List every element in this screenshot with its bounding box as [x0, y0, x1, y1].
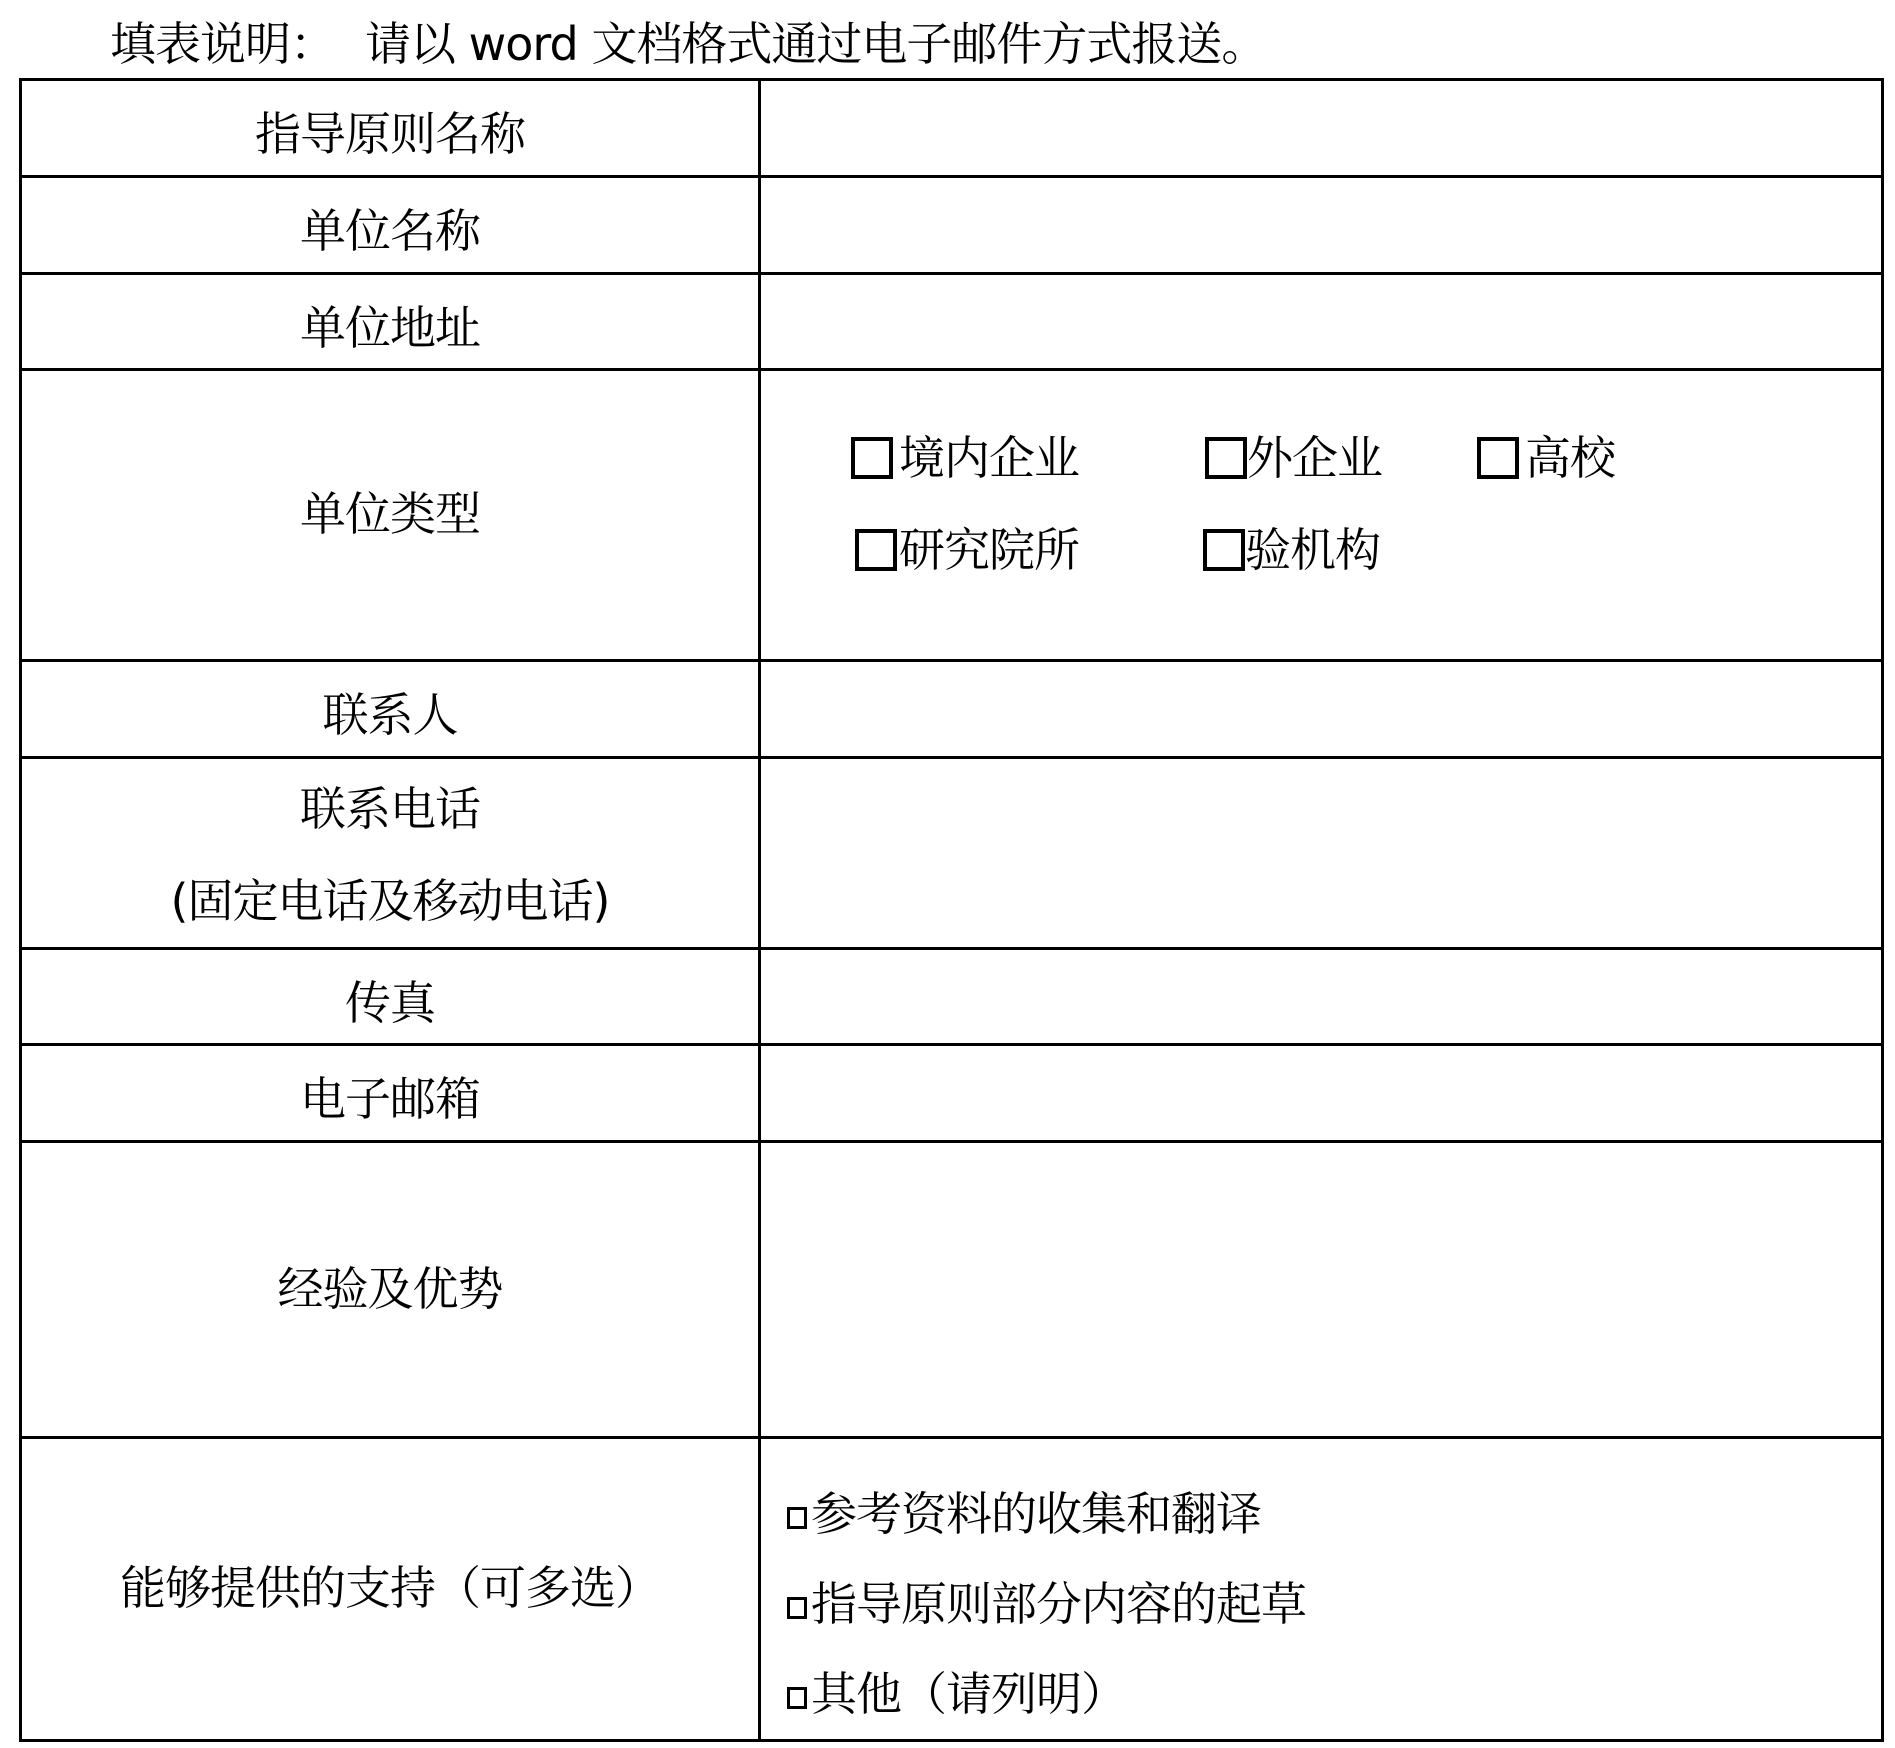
label-text: 单位地址: [22, 287, 758, 356]
form-row-experience: 经验及优势: [21, 1142, 1883, 1438]
label-unit-address: 单位地址: [21, 274, 760, 370]
label-support: 能够提供的支持（可多选）: [21, 1438, 760, 1741]
label-fax: 传真: [21, 949, 760, 1045]
instruction-prefix: 填表说明：: [110, 17, 335, 71]
label-text: 联系人: [22, 674, 758, 743]
checkbox-icon[interactable]: [787, 1507, 807, 1529]
label-email: 电子邮箱: [21, 1045, 760, 1142]
form-row-fax: 传真: [21, 949, 1883, 1045]
checkbox-icon[interactable]: [787, 1687, 807, 1709]
checkbox-icon[interactable]: [1205, 437, 1247, 479]
fill-instruction: 填表说明：请以 word 文档格式通过电子邮件方式报送。: [110, 12, 1266, 76]
checkbox-icon[interactable]: [1203, 529, 1245, 571]
form-row-contact-phone: 联系电话 (固定电话及移动电话): [21, 758, 1883, 949]
option-foreign-enterprise[interactable]: 外企业: [1205, 435, 1382, 481]
input-unit-name[interactable]: [760, 177, 1883, 274]
form-row-unit-type: 单位类型 境内企业 外企业 高校: [21, 370, 1883, 661]
label-unit-name: 单位名称: [21, 177, 760, 274]
label-experience: 经验及优势: [21, 1142, 760, 1438]
checkbox-icon[interactable]: [855, 529, 897, 571]
label-text: 指导原则名称: [22, 93, 758, 162]
label-contact-person: 联系人: [21, 661, 760, 758]
form-row-email: 电子邮箱: [21, 1045, 1883, 1142]
label-unit-type: 单位类型: [21, 370, 760, 661]
label-text: 联系电话: [22, 763, 758, 855]
option-label: 其他（请列明）: [811, 1671, 1126, 1717]
checkbox-icon[interactable]: [787, 1597, 807, 1619]
form-row-support: 能够提供的支持（可多选） 参考资料的收集和翻译 指导原则部分内容的起草 其他（请…: [21, 1438, 1883, 1741]
option-testing-institution[interactable]: 验机构: [1203, 527, 1380, 573]
input-contact-phone[interactable]: [760, 758, 1883, 949]
input-unit-address[interactable]: [760, 274, 1883, 370]
option-label: 参考资料的收集和翻译: [811, 1491, 1261, 1537]
option-label: 外企业: [1247, 435, 1382, 481]
application-form-table: 指导原则名称 单位名称 单位地址 单位类型: [19, 78, 1884, 1742]
instruction-text: 请以 word 文档格式通过电子邮件方式报送。: [365, 17, 1266, 71]
option-university[interactable]: 高校: [1477, 435, 1615, 481]
form-row-contact-person: 联系人: [21, 661, 1883, 758]
input-contact-person[interactable]: [760, 661, 1883, 758]
input-experience[interactable]: [760, 1142, 1883, 1438]
option-label: 指导原则部分内容的起草: [811, 1581, 1306, 1627]
label-text: 电子邮箱: [22, 1058, 758, 1127]
input-fax[interactable]: [760, 949, 1883, 1045]
form-row-unit-name: 单位名称: [21, 177, 1883, 274]
option-label: 验机构: [1245, 527, 1380, 573]
form-row-unit-address: 单位地址: [21, 274, 1883, 370]
option-domestic-enterprise[interactable]: 境内企业: [851, 435, 1079, 481]
option-label: 高校: [1525, 435, 1615, 481]
label-subtext: (固定电话及移动电话): [22, 855, 758, 947]
input-guideline-name[interactable]: [760, 80, 1883, 177]
label-text: 单位类型: [22, 487, 758, 542]
option-research-institute[interactable]: 研究院所: [855, 527, 1079, 573]
label-contact-phone: 联系电话 (固定电话及移动电话): [21, 758, 760, 949]
option-label: 境内企业: [899, 435, 1079, 481]
form-row-guideline-name: 指导原则名称: [21, 80, 1883, 177]
option-drafting[interactable]: 指导原则部分内容的起草: [787, 1559, 1881, 1649]
option-label: 研究院所: [899, 527, 1079, 573]
checkbox-icon[interactable]: [1477, 437, 1519, 479]
option-reference-collection[interactable]: 参考资料的收集和翻译: [787, 1469, 1881, 1559]
label-text: 传真: [22, 962, 758, 1031]
checkbox-icon[interactable]: [851, 437, 893, 479]
label-text: 单位名称: [22, 190, 758, 259]
unit-type-options: 境内企业 外企业 高校 研究院所: [760, 370, 1883, 661]
label-text: 经验及优势: [22, 1262, 758, 1317]
support-options: 参考资料的收集和翻译 指导原则部分内容的起草 其他（请列明）: [760, 1438, 1883, 1741]
input-email[interactable]: [760, 1045, 1883, 1142]
label-guideline-name: 指导原则名称: [21, 80, 760, 177]
label-text: 能够提供的支持（可多选）: [22, 1561, 758, 1616]
option-other[interactable]: 其他（请列明）: [787, 1649, 1881, 1739]
